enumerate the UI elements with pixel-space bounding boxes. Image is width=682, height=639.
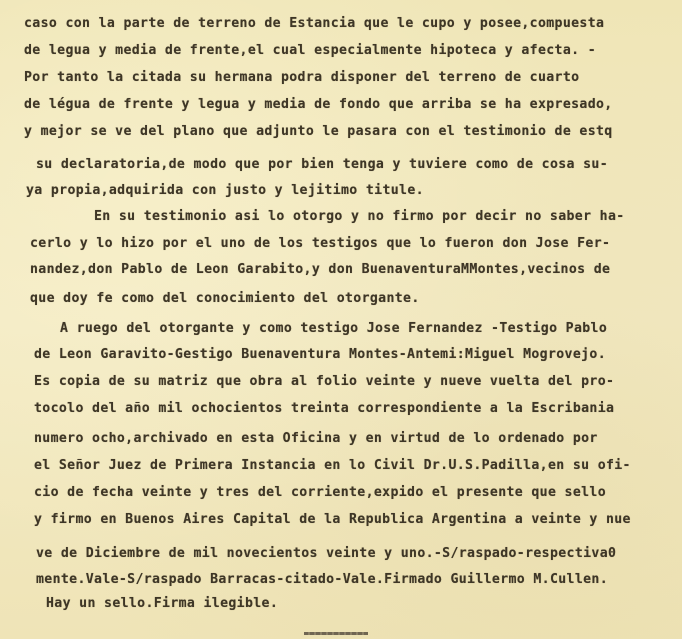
text-line: que doy fe como del conocimiento del oto…	[30, 291, 420, 307]
text-line: y mejor se ve del plano que adjunto le p…	[24, 124, 613, 140]
text-line: mente.Vale-S/raspado Barracas-citado-Val…	[36, 572, 608, 588]
text-line: tocolo del año mil ochocientos treinta c…	[34, 401, 614, 417]
closing-divider	[304, 632, 368, 635]
text-line: Es copia de su matriz que obra al folio …	[34, 374, 614, 390]
text-line: ve de Diciembre de mil novecientos veint…	[36, 546, 616, 562]
text-line: nandez,don Pablo de Leon Garabito,y don …	[30, 262, 610, 278]
paragraph-start-line: A ruego del otorgante y como testigo Jos…	[60, 321, 607, 337]
text-line: y firmo en Buenos Aires Capital de la Re…	[34, 512, 631, 528]
text-line: de Leon Garavito-Gestigo Buenaventura Mo…	[34, 347, 606, 363]
document-page: caso con la parte de terreno de Estancia…	[0, 0, 682, 639]
text-line: cerlo y lo hizo por el uno de los testig…	[30, 236, 610, 252]
text-line: su declaratoria,de modo que por bien ten…	[36, 157, 608, 173]
text-line: el Señor Juez de Primera Instancia en lo…	[34, 458, 631, 474]
text-line: de légua de frente y legua y media de fo…	[24, 97, 613, 113]
text-line: Por tanto la citada su hermana podra dis…	[24, 70, 579, 86]
text-line: numero ocho,archivado en esta Oficina y …	[34, 431, 598, 447]
text-line: ya propia,adquirida con justo y lejitimo…	[26, 183, 424, 199]
closing-line: Hay un sello.Firma ilegible.	[46, 596, 278, 612]
text-line: cio de fecha veinte y tres del corriente…	[34, 485, 606, 501]
paragraph-start-line: En su testimonio asi lo otorgo y no firm…	[94, 209, 625, 225]
text-line: de legua y media de frente,el cual espec…	[24, 43, 596, 59]
text-line: caso con la parte de terreno de Estancia…	[24, 16, 604, 32]
